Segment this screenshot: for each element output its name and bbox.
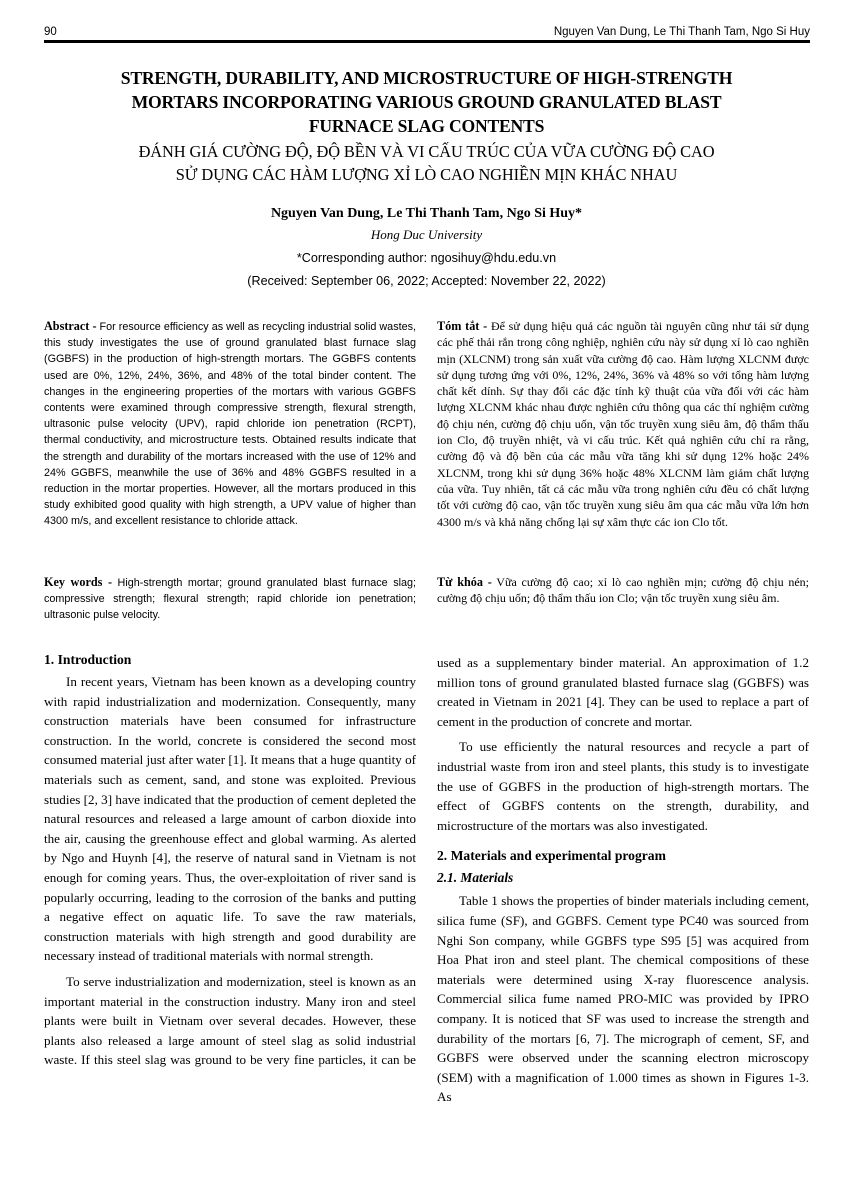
abstract-text: For resource efficiency as well as recyc…	[44, 321, 416, 527]
abstract-vietnamese: Tóm tắt - Để sử dụng hiệu quả các nguồn …	[437, 318, 809, 530]
title-line: FURNACE SLAG CONTENTS	[40, 114, 813, 138]
body-paragraph-continued: used as a supplementary binder material.…	[437, 653, 809, 731]
body-paragraph: Table 1 shows the properties of binder m…	[437, 891, 809, 1107]
received-accepted-dates: (Received: September 06, 2022; Accepted:…	[40, 270, 813, 292]
subsection-heading-materials: 2.1. Materials	[437, 868, 809, 887]
section-heading-materials: 2. Materials and experimental program	[437, 846, 809, 865]
author-list: Nguyen Van Dung, Le Thi Thanh Tam, Ngo S…	[40, 204, 813, 224]
keywords-label: Từ khóa -	[437, 575, 492, 589]
affiliation: Hong Duc University	[40, 224, 813, 246]
corresponding-author: *Corresponding author: ngosihuy@hdu.edu.…	[40, 246, 813, 270]
keywords-text: Vữa cường độ cao; xỉ lò cao nghiền mịn; …	[437, 575, 809, 605]
abstract-english: Abstract - For resource efficiency as we…	[44, 318, 416, 530]
abstract-text: Để sử dụng hiệu quả các nguồn tài nguyên…	[437, 319, 809, 529]
title-block: STRENGTH, DURABILITY, AND MICROSTRUCTURE…	[40, 66, 813, 186]
abstract-label: Tóm tắt -	[437, 319, 487, 333]
body-paragraph: To use efficiently the natural resources…	[437, 737, 809, 835]
body-paragraph: In recent years, Vietnam has been known …	[44, 672, 416, 966]
keywords-label: Key words -	[44, 575, 112, 589]
title-line: SỬ DỤNG CÁC HÀM LƯỢNG XỈ LÒ CAO NGHIỀN M…	[40, 163, 813, 186]
running-header-authors: Nguyen Van Dung, Le Thi Thanh Tam, Ngo S…	[554, 25, 810, 39]
running-header: 90 Nguyen Van Dung, Le Thi Thanh Tam, Ng…	[44, 25, 810, 39]
body-right-column: used as a supplementary binder material.…	[437, 653, 809, 1107]
body-paragraph: To serve industrialization and moderniza…	[44, 972, 416, 1070]
page-number: 90	[44, 25, 57, 39]
keywords-english: Key words - High-strength mortar; ground…	[44, 574, 416, 624]
section-heading-introduction: 1. Introduction	[44, 650, 416, 669]
author-meta: Nguyen Van Dung, Le Thi Thanh Tam, Ngo S…	[40, 204, 813, 292]
body-left-column: 1. Introduction In recent years, Vietnam…	[44, 650, 416, 1070]
title-line: ĐÁNH GIÁ CƯỜNG ĐỘ, ĐỘ BỀN VÀ VI CẤU TRÚC…	[40, 140, 813, 163]
title-line: STRENGTH, DURABILITY, AND MICROSTRUCTURE…	[40, 66, 813, 90]
keywords-vietnamese: Từ khóa - Vữa cường độ cao; xỉ lò cao ng…	[437, 574, 809, 607]
header-rule	[44, 40, 810, 43]
paper-title-vietnamese: ĐÁNH GIÁ CƯỜNG ĐỘ, ĐỘ BỀN VÀ VI CẤU TRÚC…	[40, 140, 813, 186]
abstract-label: Abstract -	[44, 319, 97, 333]
paper-page: 90 Nguyen Van Dung, Le Thi Thanh Tam, Ng…	[0, 0, 853, 1190]
title-line: MORTARS INCORPORATING VARIOUS GROUND GRA…	[40, 90, 813, 114]
paper-title-english: STRENGTH, DURABILITY, AND MICROSTRUCTURE…	[40, 66, 813, 138]
